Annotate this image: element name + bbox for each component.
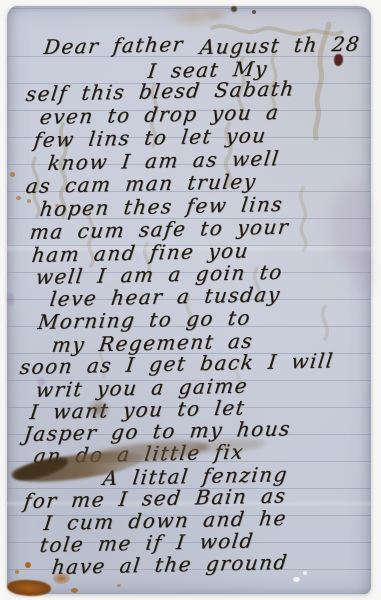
letter-scan: Dear father August th 28 I seat My self …: [0, 0, 381, 600]
letter-paper: Dear father August th 28 I seat My self …: [7, 6, 371, 594]
rust-dot: [15, 570, 19, 574]
letter-line: have al the ground: [51, 551, 290, 578]
rust-dot: [71, 588, 78, 593]
rust-speck: [55, 204, 59, 207]
salutation: Dear father: [43, 33, 185, 58]
rust-speck: [16, 196, 21, 200]
purple-speck: [7, 293, 14, 305]
rust-speck: [10, 172, 15, 177]
rust-dot: [117, 584, 121, 587]
purple-speck: [37, 378, 45, 386]
letter-line: ma cum safe to your: [29, 216, 291, 243]
rust-dot: [25, 562, 31, 568]
paper-chip: [303, 571, 307, 575]
ink-speck: [252, 10, 256, 14]
ink-speck: [231, 6, 237, 12]
rust-speck: [27, 199, 31, 203]
ink-blob: [87, 398, 111, 420]
paper-chip: [293, 577, 300, 582]
